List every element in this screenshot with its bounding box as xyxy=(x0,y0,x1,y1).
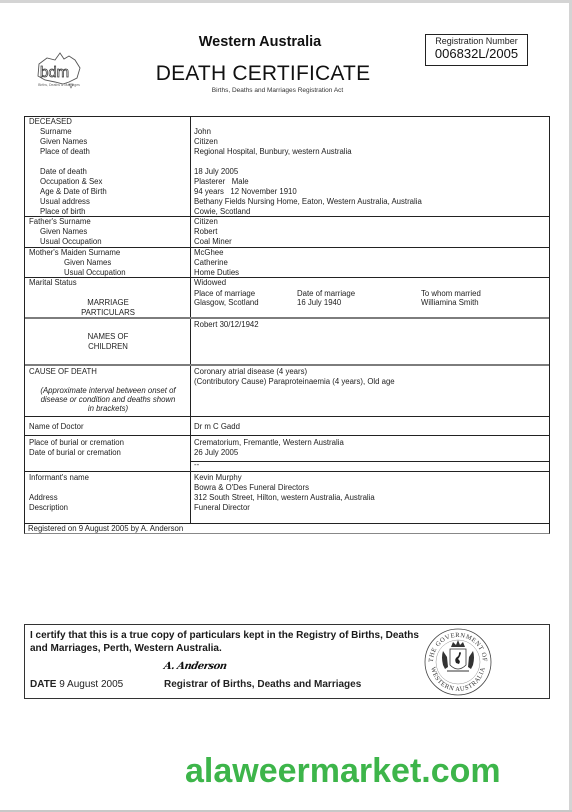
burial-extra-value: -- xyxy=(194,460,199,469)
informant-description-value: Funeral Director xyxy=(194,503,250,512)
children-label: NAMES OF xyxy=(25,332,191,341)
field-value: Plasterer Male xyxy=(194,177,249,186)
field-value: Coal Miner xyxy=(194,237,232,246)
marital-status-value: Widowed xyxy=(194,278,226,287)
field-value: Bethany Fields Nursing Home, Eaton, West… xyxy=(194,197,422,206)
cause-note: in brackets) xyxy=(25,404,191,413)
row-divider xyxy=(25,317,549,319)
field-value: Robert xyxy=(194,227,217,236)
particulars-table: DECEASED Surname John Given Names Citize… xyxy=(24,116,550,524)
field-value: John xyxy=(194,127,211,136)
field-label: Place of birth xyxy=(40,207,86,216)
field-label: Usual Occupation xyxy=(64,268,126,277)
marriage-place-label: Place of marriage xyxy=(194,289,255,298)
registered-line: Registered on 9 August 2005 by A. Anders… xyxy=(24,523,550,534)
field-label: Given Names xyxy=(64,258,111,267)
marriage-particulars-label: MARRIAGE xyxy=(25,298,191,307)
field-value: Citizen xyxy=(194,137,218,146)
page-frame-top xyxy=(0,0,572,3)
registration-number: 006832L/2005 xyxy=(426,46,527,61)
burial-date-label: Date of burial or cremation xyxy=(29,448,121,457)
government-seal-icon: THE GOVERNMENT OF WESTERN AUSTRALIA xyxy=(423,627,493,697)
registration-number-box: Registration Number 006832L/2005 xyxy=(425,34,528,66)
cause-note: (Approximate interval between onset of xyxy=(25,386,191,395)
cause-primary: Coronary atrial disease (4 years) xyxy=(194,367,307,376)
spouse-label: To whom married xyxy=(421,289,481,298)
field-label: Given Names xyxy=(40,137,87,146)
informant-org-value: Bowra & O'Des Funeral Directors xyxy=(194,483,309,492)
marriage-place-value: Glasgow, Scotland xyxy=(194,298,259,307)
field-value: 18 July 2005 xyxy=(194,167,238,176)
registrar-signature: A. Anderson xyxy=(163,661,227,672)
field-label: Mother's Maiden Surname xyxy=(29,248,120,257)
field-value: Regional Hospital, Bunbury, western Aust… xyxy=(194,147,352,156)
informant-name-value: Kevin Murphy xyxy=(194,473,242,482)
field-value: Catherine xyxy=(194,258,228,267)
field-label: Father's Surname xyxy=(29,217,91,226)
row-divider xyxy=(25,277,549,278)
date-label: DATE xyxy=(30,679,56,690)
field-value: Cowie, Scotland xyxy=(194,207,250,216)
registered-text: Registered on 9 August 2005 by A. Anders… xyxy=(25,524,183,533)
burial-place-label: Place of burial or cremation xyxy=(29,438,124,447)
row-divider xyxy=(25,216,549,217)
certification-date: DATE 9 August 2005 xyxy=(30,679,123,690)
children-value: Robert 30/12/1942 xyxy=(194,320,259,329)
doctor-label: Name of Doctor xyxy=(29,422,84,431)
row-divider xyxy=(191,461,549,462)
informant-name-label: Informant's name xyxy=(29,473,89,482)
certificate-title: DEATH CERTIFICATE xyxy=(140,62,386,86)
marriage-date-label: Date of marriage xyxy=(297,289,355,298)
deceased-section-label: DECEASED xyxy=(29,117,72,126)
field-label: Usual Occupation xyxy=(40,237,102,246)
informant-description-label: Description xyxy=(29,503,68,512)
marriage-particulars-label: PARTICULARS xyxy=(25,308,191,317)
row-divider xyxy=(25,364,549,366)
field-value: McGhee xyxy=(194,248,223,257)
cause-label: CAUSE OF DEATH xyxy=(29,367,97,376)
date-value: 9 August 2005 xyxy=(59,679,123,690)
watermark-text: alaweermarket.com xyxy=(185,752,501,791)
registration-label: Registration Number xyxy=(426,36,527,46)
cause-note: disease or condition and deaths shown xyxy=(25,395,191,404)
act-subtitle: Births, Deaths and Marriages Registratio… xyxy=(180,87,375,94)
registrar-title: Registrar of Births, Deaths and Marriage… xyxy=(164,679,361,690)
marital-status-label: Marital Status xyxy=(29,278,77,287)
field-label: Occupation & Sex xyxy=(40,177,102,186)
logo-caption: Births, Deaths & Marriages xyxy=(28,83,90,87)
field-label: Place of death xyxy=(40,147,90,156)
field-label: Age & Date of Birth xyxy=(40,187,107,196)
svg-text:bdm: bdm xyxy=(40,64,69,81)
field-label: Date of death xyxy=(40,167,87,176)
column-divider xyxy=(190,117,191,524)
field-label: Surname xyxy=(40,127,72,136)
informant-address-label: Address xyxy=(29,493,58,502)
burial-date-value: 26 July 2005 xyxy=(194,448,238,457)
certification-box: I certify that this is a true copy of pa… xyxy=(24,624,550,699)
field-value: 94 years 12 November 1910 xyxy=(194,187,297,196)
row-divider xyxy=(25,435,549,436)
state-heading: Western Australia xyxy=(170,34,350,50)
field-value: Citizen xyxy=(194,217,218,226)
marriage-date-value: 16 July 1940 xyxy=(297,298,341,307)
row-divider xyxy=(25,471,549,472)
field-label: Usual address xyxy=(40,197,90,206)
spouse-value: Williamina Smith xyxy=(421,298,479,307)
children-label: CHILDREN xyxy=(25,342,191,351)
field-label: Given Names xyxy=(40,227,87,236)
row-divider xyxy=(25,416,549,417)
informant-address-value: 312 South Street, Hilton, western Austra… xyxy=(194,493,375,502)
doctor-value: Dr m C Gadd xyxy=(194,422,240,431)
certification-text: I certify that this is a true copy of pa… xyxy=(30,629,420,655)
field-value: Home Duties xyxy=(194,268,239,277)
cause-contributory: (Contributory Cause) Paraproteinaemia (4… xyxy=(194,377,395,386)
burial-place-value: Crematorium, Fremantle, Western Australi… xyxy=(194,438,344,447)
